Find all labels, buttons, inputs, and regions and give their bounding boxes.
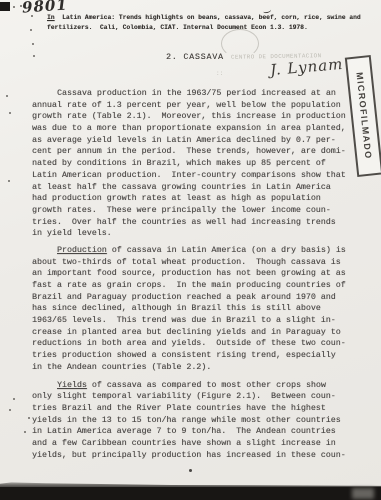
paragraph-line: had production growth rates at least as … <box>32 193 346 205</box>
scan-speck <box>9 409 11 411</box>
paragraph-line: an important food source, production has… <box>32 268 346 280</box>
page-center-mark: . <box>189 469 192 472</box>
paragraph-line: growth rate (Table 2.1). Moreover, this … <box>32 111 346 123</box>
citation-line-2: fertilizers. Cali, Colombia, CIAT. Inter… <box>47 23 361 33</box>
microfilm-stamp: MICROFILMADO <box>345 55 381 177</box>
paragraph-line: reductions in both area and yields. Outs… <box>32 338 346 350</box>
paragraph-line: crease in planted area but declining yie… <box>32 327 346 339</box>
scan-edge-band <box>0 487 381 500</box>
scan-speck <box>13 398 15 400</box>
section-heading: 2. CASSAVA <box>166 53 224 62</box>
faint-stamp-marks: :: <box>216 70 223 77</box>
scan-speck <box>33 55 35 57</box>
scan-speck <box>31 15 33 17</box>
citation-line-1: In Latin America: Trends highlights on b… <box>47 13 361 23</box>
scanned-document-page: 9801 In Latin America: Trends highlights… <box>0 0 381 500</box>
paragraph-line: only slight temporal variability (Figure… <box>32 391 346 403</box>
paragraph-line: 1963/65 levels. This trend was due in Br… <box>32 315 346 327</box>
paragraph-line: Brazil and Paraguay production reached a… <box>32 292 346 304</box>
paragraph-line: in the Andean countries (Table 2.2). <box>32 362 346 374</box>
paragraph-first-line: Cassava production in the 1963/75 period… <box>32 88 346 100</box>
paragraph-line: as average yield levels in Latin America… <box>32 135 346 147</box>
scan-speck <box>20 5 22 7</box>
scan-speck <box>9 112 11 114</box>
paragraph-line: about two-thirds of total wheat producti… <box>32 257 346 269</box>
paragraph-line: yields in the 13 to 15 ton/ha range whil… <box>32 415 346 427</box>
scan-speck <box>28 417 30 419</box>
paragraph-line: cent per annum in the period. These tren… <box>32 146 346 158</box>
paragraph-lead-word: Production <box>57 246 107 255</box>
scan-speck <box>24 431 26 433</box>
paragraph-line: in Latin America average 7 to 9 ton/ha. … <box>32 426 346 438</box>
paragraph-line: tries production showed a consistent ris… <box>32 350 346 362</box>
citation-line-1-text: Latin America: Trends highlights on bean… <box>55 14 361 21</box>
paragraph-line: annual rate of 1.3 percent per year, wel… <box>32 100 346 112</box>
paragraph-line: has since declined, although in Brazil t… <box>32 303 346 315</box>
scan-artifact-corner-square <box>0 2 10 11</box>
paragraph-first-line: Production of cassava in Latin America (… <box>32 245 346 257</box>
paragraph-line: tries. Over half the countries as well h… <box>32 217 346 229</box>
citation-header: In Latin America: Trends highlights on b… <box>47 13 361 32</box>
paragraph-line: was due to a more than proportionate exp… <box>32 123 346 135</box>
scan-speck <box>13 6 15 8</box>
paragraph-line: and a few Caribbean countries have shown… <box>32 438 346 450</box>
body-paragraphs: Cassava production in the 1963/75 period… <box>32 88 346 461</box>
paragraph-line: yields, but principally production has i… <box>32 450 346 462</box>
paragraph-line: Latin American production. Inter-country… <box>32 170 346 182</box>
paragraph: Cassava production in the 1963/75 period… <box>32 88 346 240</box>
paragraph: Yields of cassava as compared to most ot… <box>32 380 346 462</box>
paragraph-line: growth rates. These were principally the… <box>32 205 346 217</box>
microfilm-stamp-label: MICROFILMADO <box>354 72 373 160</box>
scan-speck <box>32 43 34 45</box>
paragraph-lead-word: Yields <box>57 381 87 390</box>
scan-speck <box>6 95 8 97</box>
paragraph-line: nated by conditions in Brazil, which mak… <box>32 158 346 170</box>
citation-lead-word: In <box>47 14 55 21</box>
scan-speck <box>8 180 10 182</box>
paragraph-line: in yield levels. <box>32 228 346 240</box>
scan-speck <box>30 29 32 31</box>
paragraph: Production of cassava in Latin America (… <box>32 245 346 374</box>
paragraph-line: at least half the cassava growing countr… <box>32 182 346 194</box>
scan-edge-smudge <box>352 488 374 499</box>
paragraph-first-line: Yields of cassava as compared to most ot… <box>32 380 346 392</box>
paragraph-line: fast a rate as grain crops. In the main … <box>32 280 346 292</box>
paragraph-line: tries Brazil and the River Plate countri… <box>32 403 346 415</box>
